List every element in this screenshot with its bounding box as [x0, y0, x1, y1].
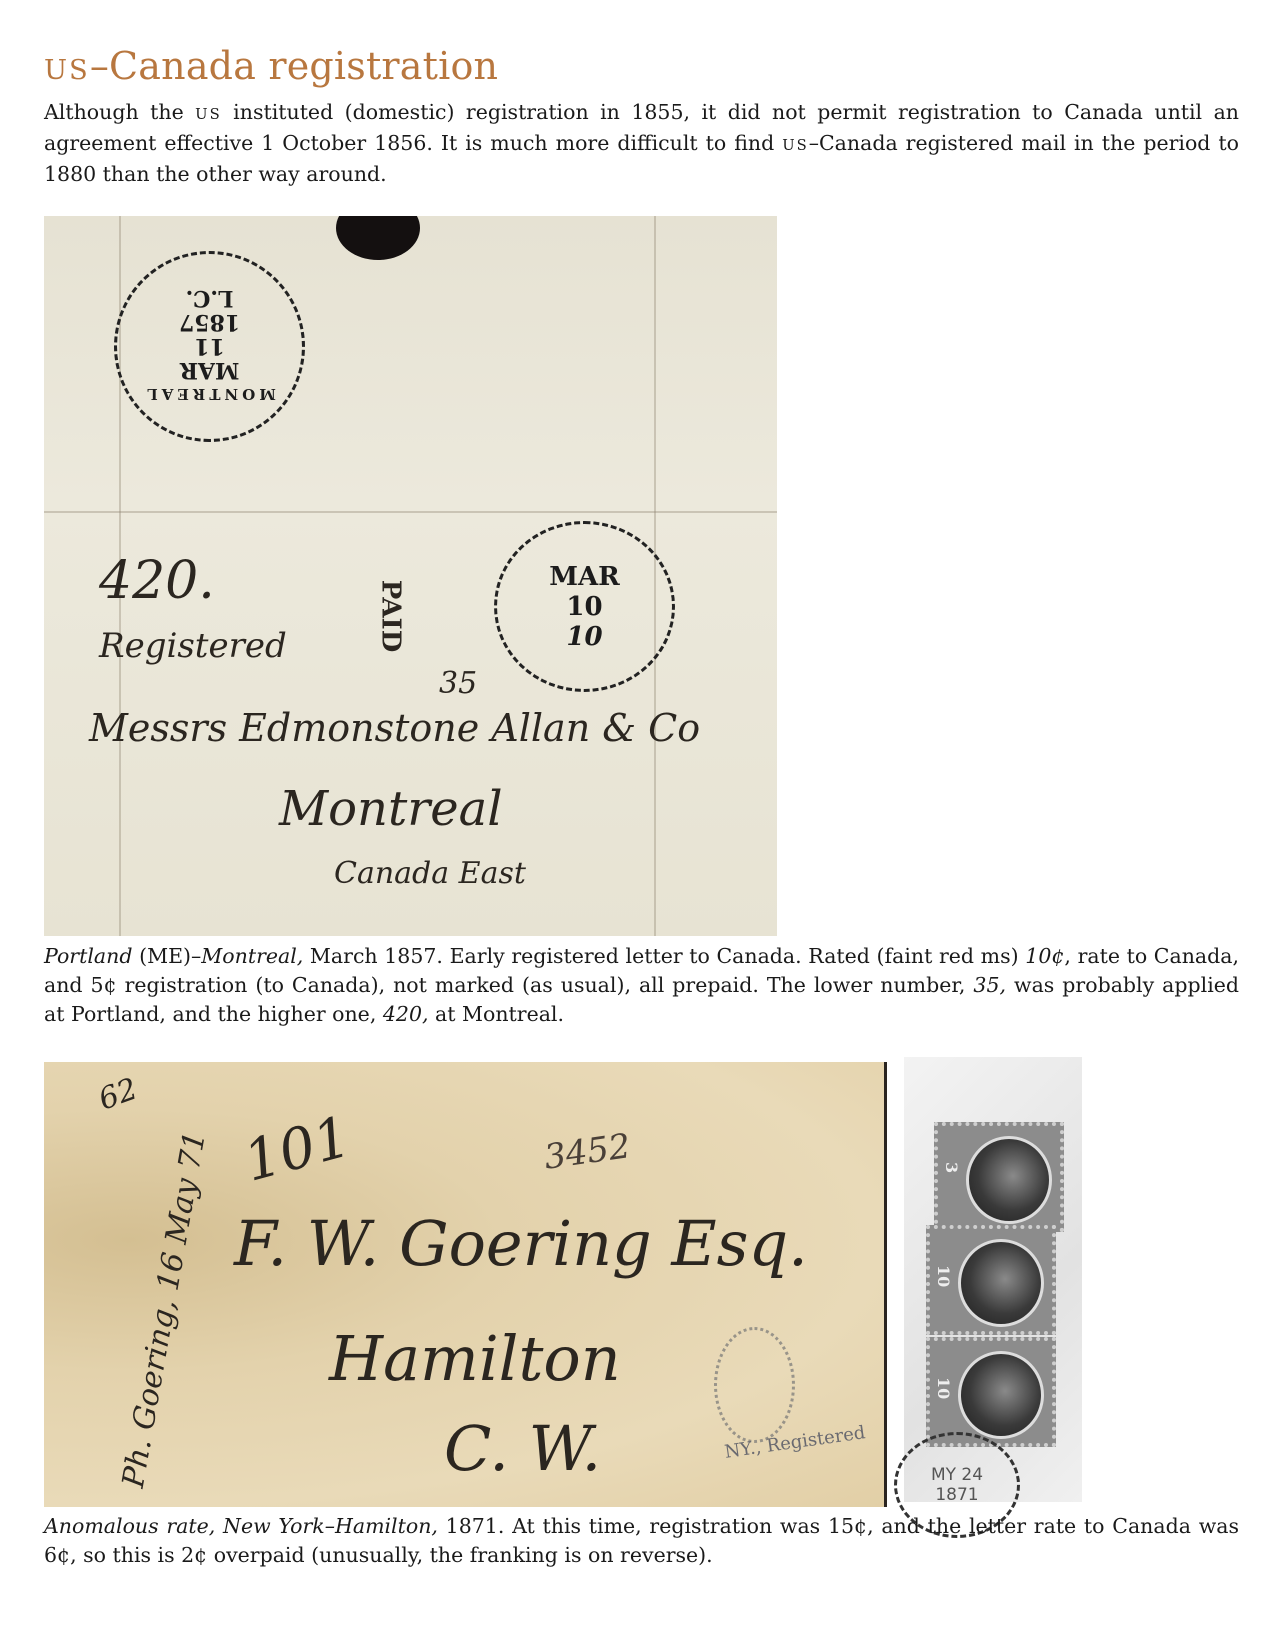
postmark-region: L.C.	[186, 287, 234, 311]
title-text: –Canada registration	[90, 44, 498, 88]
postmark-year: 1857	[179, 311, 240, 335]
postmark-town: MONTREAL	[143, 383, 276, 407]
ms-number-35: 35	[439, 666, 477, 701]
caption-italic: 420,	[383, 1002, 429, 1026]
stamp-portrait	[966, 1136, 1052, 1224]
address-line-3: C. W.	[444, 1412, 601, 1485]
intro-smallcaps: US	[195, 106, 222, 123]
stamp-3-cent: 3	[934, 1122, 1064, 1232]
intro-text: Although the	[44, 100, 195, 124]
caption-italic: Montreal,	[201, 944, 303, 968]
wax-seal	[336, 216, 420, 260]
postmark-date: MY 24	[931, 1465, 983, 1485]
address-line-2: Montreal	[279, 781, 503, 837]
caption-text: (ME)–	[132, 944, 201, 968]
stamp-portrait	[958, 1351, 1044, 1439]
stamp-value: 10	[934, 1377, 953, 1399]
montreal-backstamp: MONTREAL MAR 11 1857 L.C.	[114, 251, 305, 442]
postmark-rate: 10	[566, 622, 602, 652]
cover-image-portland-montreal: MONTREAL MAR 11 1857 L.C. MAR 10 10 PAID…	[44, 216, 777, 936]
reverse-franking-image: 3 10 10 MY 24 1871	[904, 1057, 1082, 1502]
intro-smallcaps: US	[782, 137, 809, 154]
portland-postmark: MAR 10 10	[494, 521, 675, 692]
caption-text: March 1857. Early registered letter to C…	[303, 944, 1025, 968]
caption-text: at Montreal.	[429, 1002, 565, 1026]
caption-cover-1: Portland (ME)–Montreal, March 1857. Earl…	[44, 942, 1239, 1029]
caption-italic: Anomalous rate, New York–Hamilton,	[44, 1514, 438, 1538]
stamp-portrait	[958, 1239, 1044, 1327]
ms-registered: Registered	[99, 626, 287, 666]
postmark-month: MAR	[549, 562, 620, 592]
title-smallcaps: US	[44, 55, 90, 86]
ms-registration-number: 3452	[542, 1126, 633, 1178]
fold-line	[44, 511, 777, 513]
postmark-year: 1871	[935, 1485, 978, 1505]
ms-top-figure: 62	[94, 1072, 142, 1118]
ms-number-101: 101	[237, 1104, 357, 1194]
cover-image-newyork-hamilton: 62 101 3452 Ph. Goering, 16 May 71 F. W.…	[44, 1062, 887, 1507]
postmark-day: 11	[194, 335, 225, 359]
ms-number-420: 420.	[99, 551, 215, 611]
postmark-day: 10	[566, 592, 602, 622]
caption-italic: 10¢	[1025, 944, 1064, 968]
postmark-month: MAR	[180, 359, 240, 383]
stamp-value: 10	[934, 1265, 953, 1287]
page-title: US–Canada registration	[44, 44, 498, 88]
caption-italic: Portland	[44, 944, 132, 968]
address-line-1: F. W. Goering Esq.	[234, 1207, 808, 1280]
caption-italic: 35,	[973, 973, 1006, 997]
address-line-1: Messrs Edmonstone Allan & Co	[89, 706, 700, 750]
stamp-10-cent: 10	[926, 1337, 1056, 1447]
intro-paragraph: Although the US instituted (domestic) re…	[44, 98, 1239, 189]
caption-cover-2: Anomalous rate, New York–Hamilton, 1871.…	[44, 1512, 1239, 1570]
address-line-3: Canada East	[334, 856, 526, 891]
paid-handstamp: PAID	[375, 580, 405, 653]
docketing-note: Ph. Goering, 16 May 71	[116, 1129, 213, 1490]
stamp-10-cent: 10	[926, 1225, 1056, 1335]
stamp-value: 3	[942, 1162, 961, 1173]
address-line-2: Hamilton	[329, 1322, 621, 1395]
registered-postmark	[714, 1327, 795, 1443]
